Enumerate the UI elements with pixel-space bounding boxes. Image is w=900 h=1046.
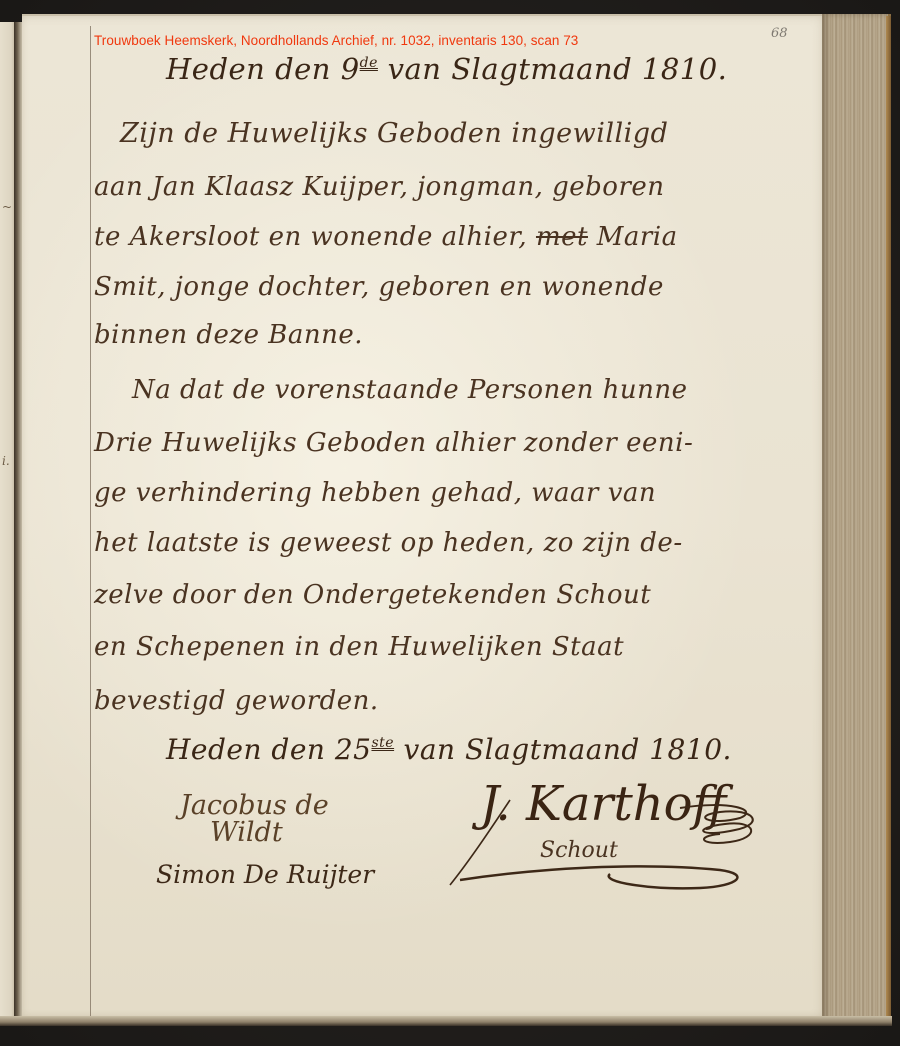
signature-line: Wildt: [210, 817, 329, 848]
text-line: ge verhindering hebben gehad, waar van: [94, 478, 656, 508]
book-bottom-edge: [0, 1016, 892, 1026]
text-line: te Akersloot en wonende alhier, met Mari…: [94, 222, 678, 252]
text-line: binnen deze Banne.: [94, 320, 363, 350]
closing-date: Heden den 25ste van Slagtmaand 1810.: [166, 733, 732, 766]
signature-jacobus-de-wildt: Jacobus de Wildt: [180, 790, 329, 848]
text-line: Smit, jonge dochter, geboren en wonende: [94, 272, 664, 302]
closing-ordinal: ste: [371, 735, 394, 751]
closing-prefix: Heden den 25: [166, 733, 371, 766]
heading-suffix: van Slagtmaand 1810.: [388, 52, 728, 86]
signature-simon-de-ruijter: Simon De Ruijter: [156, 860, 374, 889]
signature-title-schout: Schout: [540, 838, 618, 863]
archive-caption: Trouwboek Heemskerk, Noordhollands Archi…: [94, 33, 578, 48]
text-segment: Maria: [588, 222, 678, 252]
signature-karthoff: J. Karthoff: [480, 776, 727, 832]
text-line: bevestigd geworden.: [94, 686, 379, 716]
book-cover-edge: [886, 16, 891, 1022]
text-line: aan Jan Klaasz Kuijper, jongman, geboren: [94, 172, 665, 202]
text-line: Drie Huwelijks Geboden alhier zonder een…: [94, 428, 693, 458]
heading-prefix: Heden den 9: [166, 52, 360, 86]
text-line: Zijn de Huwelijks Geboden ingewilligd: [120, 118, 668, 149]
book-fore-edge: [822, 14, 891, 1024]
text-line: het laatste is geweest op heden, zo zijn…: [94, 528, 683, 558]
text-line: en Schepenen in den Huwelijken Staat: [94, 632, 624, 662]
text-line: zelve door den Ondergetekenden Schout: [94, 580, 651, 610]
struck-word: met: [536, 222, 588, 252]
page-number: 68: [771, 26, 788, 41]
text-line: Na dat de vorenstaande Personen hunne: [132, 375, 688, 405]
margin-rule: [90, 26, 91, 1016]
previous-page-mark: ~: [2, 200, 12, 214]
previous-page-mark: i.: [2, 454, 10, 468]
text-segment: te Akersloot en wonende alhier,: [94, 222, 536, 252]
register-page: [22, 14, 828, 1021]
closing-suffix: van Slagtmaand 1810.: [404, 733, 732, 766]
heading-ordinal: de: [360, 55, 378, 71]
entry-heading: Heden den 9de van Slagtmaand 1810.: [166, 52, 727, 86]
